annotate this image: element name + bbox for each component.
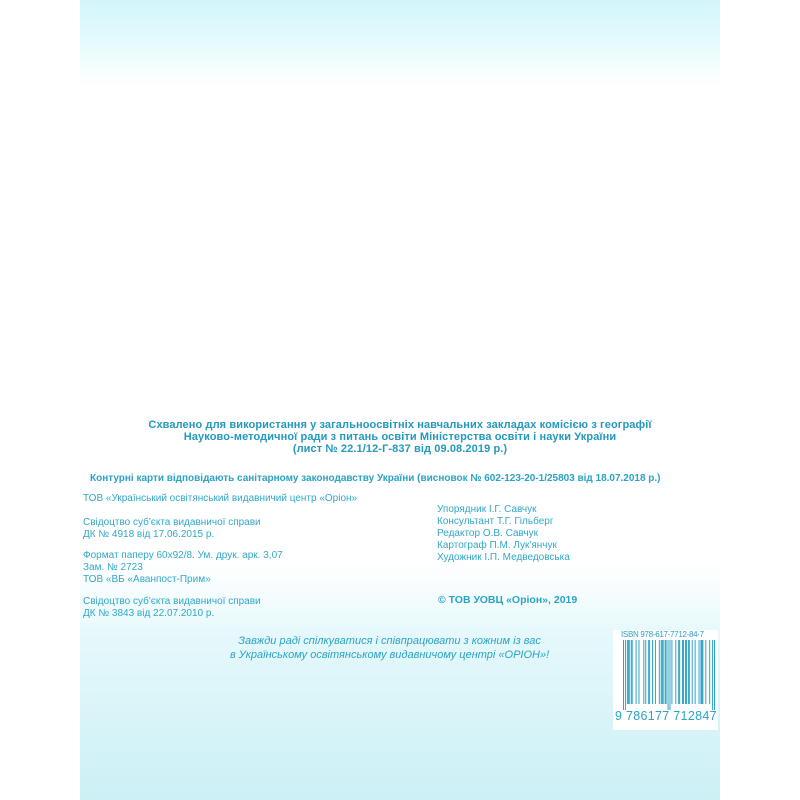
- slogan-line: в Українському освітянському видавничому…: [230, 648, 549, 662]
- credit-item: Упорядник І.Г. Савчук: [437, 504, 570, 516]
- credit-item: Художник І.П. Медведовська: [437, 552, 570, 564]
- approval-line: Схвалено для використання у загальноосві…: [80, 419, 720, 431]
- approval-line: Науково-методичної ради з питань освіти …: [80, 431, 720, 443]
- sanitary-note: Контурні карти відповідають санітарному …: [90, 473, 660, 484]
- print-info-line: ТОВ «ВБ «Аванпост-Прим»: [83, 574, 283, 586]
- copyright-notice: © ТОВ УОВЦ «Оріон», 2019: [438, 594, 577, 606]
- credit-item: Картограф П.М. Лук'янчук: [437, 540, 570, 552]
- slogan: Завжди раді спілкуватися і співпрацювати…: [230, 634, 549, 662]
- certificate-line: Свідоцтво суб'єкта видавничої справи: [83, 517, 261, 529]
- isbn-number: ISBN 978-617-7712-84-7: [621, 630, 704, 639]
- publisher-certificate: Свідоцтво суб'єкта видавничої справи ДК …: [83, 517, 261, 541]
- certificate-line: Свідоцтво суб'єкта видавничої справи: [83, 596, 261, 608]
- credit-item: Редактор О.В. Савчук: [437, 528, 570, 540]
- certificate-line: ДК № 3843 від 22.07.2010 р.: [83, 608, 261, 620]
- credit-item: Консультант Т.Г. Гільберг: [437, 516, 570, 528]
- print-info: Формат паперу 60x92/8. Ум. друк. арк. 3,…: [83, 550, 283, 586]
- slogan-line: Завжди раді спілкуватися і співпрацювати…: [230, 634, 549, 648]
- approval-statement: Схвалено для використання у загальноосві…: [80, 419, 720, 455]
- back-cover-page: Схвалено для використання у загальноосві…: [80, 0, 720, 800]
- credits-list: Упорядник І.Г. Савчук Консультант Т.Г. Г…: [437, 504, 570, 564]
- approval-line: (лист № 22.1/12-Г-837 від 09.08.2019 р.): [80, 443, 720, 455]
- print-info-line: Зам. № 2723: [83, 562, 283, 574]
- print-info-line: Формат паперу 60x92/8. Ум. друк. арк. 3,…: [83, 550, 283, 562]
- isbn-barcode: ISBN 978-617-7712-84-7 9 786177 712847: [613, 630, 718, 730]
- certificate-line: ДК № 4918 від 17.06.2015 р.: [83, 529, 261, 541]
- ean-digits: 9 786177 712847: [615, 709, 717, 723]
- barcode-icon: [623, 640, 715, 710]
- publisher-name: ТОВ «Український освітянський видавничий…: [83, 493, 357, 505]
- printer-certificate: Свідоцтво суб'єкта видавничої справи ДК …: [83, 596, 261, 620]
